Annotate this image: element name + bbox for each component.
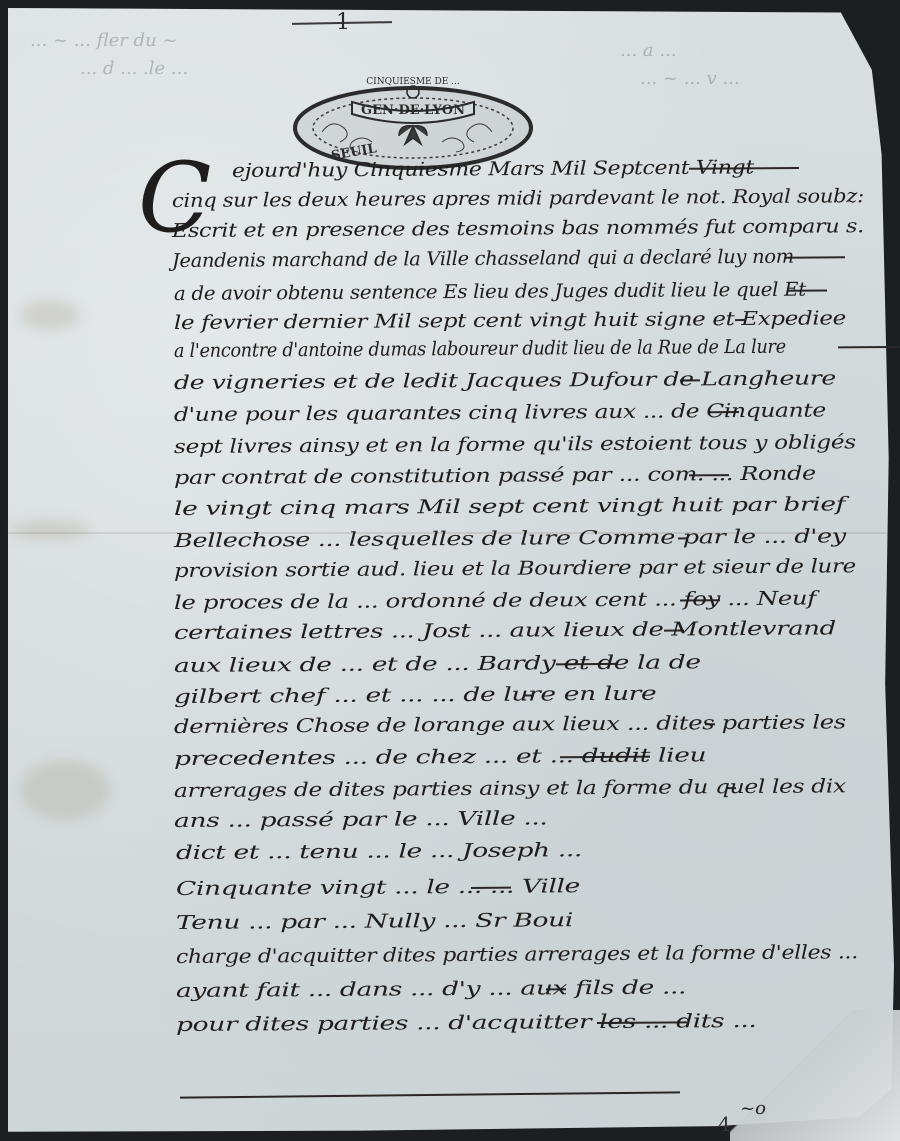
bleed-through-text: ... ~ ... fler du ~ <box>30 30 177 51</box>
manuscript-line: dict et ... tenu ... le ... Joseph ... <box>176 840 466 864</box>
manuscript-line: aux lieux de ... et de ... Bardy et de l… <box>174 652 616 677</box>
line-filler-dash <box>838 346 900 348</box>
bleed-through-text: ... d ... .le ... <box>80 58 188 79</box>
manuscript-line: gilbert chef ... et ... ... de lure en l… <box>174 683 535 708</box>
manuscript-line-text: a l'encontre d'antoine dumas laboureur d… <box>174 336 786 362</box>
manuscript-line: ayant fait ... dans ... d'y ... aux fils… <box>176 977 566 1002</box>
paper-stain <box>10 520 90 540</box>
manuscript-line-text: Jeandenis marchand de la Ville chasselan… <box>172 246 794 272</box>
manuscript-line: Escrit et en presence des tesmoins bas n… <box>172 216 762 242</box>
bleed-through-text: ... ~ ... v ... <box>640 68 740 89</box>
manuscript-line: de vigneries et de ledit Jacques Dufour … <box>174 368 700 394</box>
manuscript-line-text: ejourd'huy Cinquiesme Mars Mil Septcent … <box>232 156 754 182</box>
manuscript-line: sept livres ainsy et en la forme qu'ils … <box>174 432 732 458</box>
manuscript-line: pour dites parties ... d'acquitter les .… <box>176 1010 687 1036</box>
manuscript-line: dernières Chose de lorange aux lieux ...… <box>174 712 715 738</box>
manuscript-line: d'une pour les quarantes cinq livres aux… <box>174 400 739 426</box>
manuscript-line: precedentes ... de chez ... et ... dudit… <box>174 745 650 770</box>
manuscript-line-text: dict et ... tenu ... le ... Joseph ... <box>176 839 582 864</box>
manuscript-line-text: ans ... passé par le ... Ville ... <box>174 807 548 832</box>
manuscript-line: le proces de la ... ordonné de deux cent… <box>174 588 720 614</box>
bleed-through-text: ... a ... <box>620 40 677 61</box>
manuscript-line-text: le vingt cinq mars Mil sept cent vingt h… <box>174 493 845 520</box>
manuscript-line-text: Cinquante vingt ... le ... ... Ville <box>176 875 580 900</box>
corner-annotation: ~o <box>740 1098 766 1119</box>
manuscript-line-text: dernières Chose de lorange aux lieux ...… <box>174 711 846 738</box>
fiscal-stamp-icon: GEN·DE·LYON CINQUIESME DE ... SEUIL <box>292 62 534 172</box>
manuscript-line-text: Tenu ... par ... Nully ... Sr Boui <box>176 909 573 934</box>
manuscript-line-text: d'une pour les quarantes cinq livres aux… <box>174 399 826 426</box>
paper-stain <box>20 300 80 330</box>
manuscript-line: charge d'acquitter dites parties arrerag… <box>176 942 764 968</box>
folded-corner <box>730 1010 900 1141</box>
manuscript-line: Bellechose ... lesquelles de lure Comme … <box>174 526 689 552</box>
manuscript-line-text: certaines lettres ... Jost ... aux lieux… <box>174 617 836 644</box>
manuscript-line: provision sortie aud. lieu et la Bourdie… <box>174 556 738 582</box>
corner-number: 4 <box>718 1112 731 1136</box>
manuscript-line-text: pour dites parties ... d'acquitter les .… <box>176 1010 757 1036</box>
manuscript-line: le fevrier dernier Mil sept cent vingt h… <box>174 308 745 334</box>
manuscript-line: ejourd'huy Cinquiesme Mars Mil Septcent … <box>232 156 799 182</box>
manuscript-line: ans ... passé par le ... Ville ... <box>174 808 441 832</box>
manuscript-line-text: aux lieux de ... et de ... Bardy et de l… <box>174 651 701 677</box>
manuscript-line-text: precedentes ... de chez ... et ... dudit… <box>174 744 706 770</box>
manuscript-line: Jeandenis marchand de la Ville chasselan… <box>172 245 845 272</box>
manuscript-line-text: le fevrier dernier Mil sept cent vingt h… <box>174 307 846 334</box>
manuscript-line-text: Bellechose ... lesquelles de lure Comme … <box>174 525 846 552</box>
paper-stain <box>20 760 110 820</box>
manuscript-line: cinq sur les deux heures apres midi pard… <box>172 186 795 212</box>
line-filler-dash <box>785 256 845 258</box>
manuscript-line-text: le proces de la ... ordonné de deux cent… <box>174 588 816 614</box>
manuscript-line: certaines lettres ... Jost ... aux lieux… <box>174 618 684 644</box>
page-number: 1 <box>336 10 350 35</box>
manuscript-line: a de avoir obtenu sentence Es lieu des J… <box>174 278 827 305</box>
manuscript-line: le vingt cinq mars Mil sept cent vingt h… <box>174 495 653 520</box>
manuscript-line-text: par contrat de constitution passé par ..… <box>174 463 816 489</box>
manuscript-line-text: arrerages de dites parties ainsy et la f… <box>174 775 846 802</box>
manuscript-line: par contrat de constitution passé par ..… <box>174 463 729 489</box>
manuscript-line: arrerages de dites parties ainsy et la f… <box>174 776 736 802</box>
manuscript-line-text: a de avoir obtenu sentence Es lieu des J… <box>174 279 806 305</box>
manuscript-line: Tenu ... par ... Nully ... Sr Boui <box>176 910 460 934</box>
manuscript-line-text: gilbert chef ... et ... ... de lure en l… <box>174 683 656 708</box>
manuscript-line-text: ayant fait ... dans ... d'y ... aux fils… <box>176 976 686 1002</box>
manuscript-line: Cinquante vingt ... le ... ... Ville <box>176 876 511 900</box>
manuscript-line-text: de vigneries et de ledit Jacques Dufour … <box>174 367 836 394</box>
stamp-ribbon-text: GEN·DE·LYON <box>361 103 465 118</box>
